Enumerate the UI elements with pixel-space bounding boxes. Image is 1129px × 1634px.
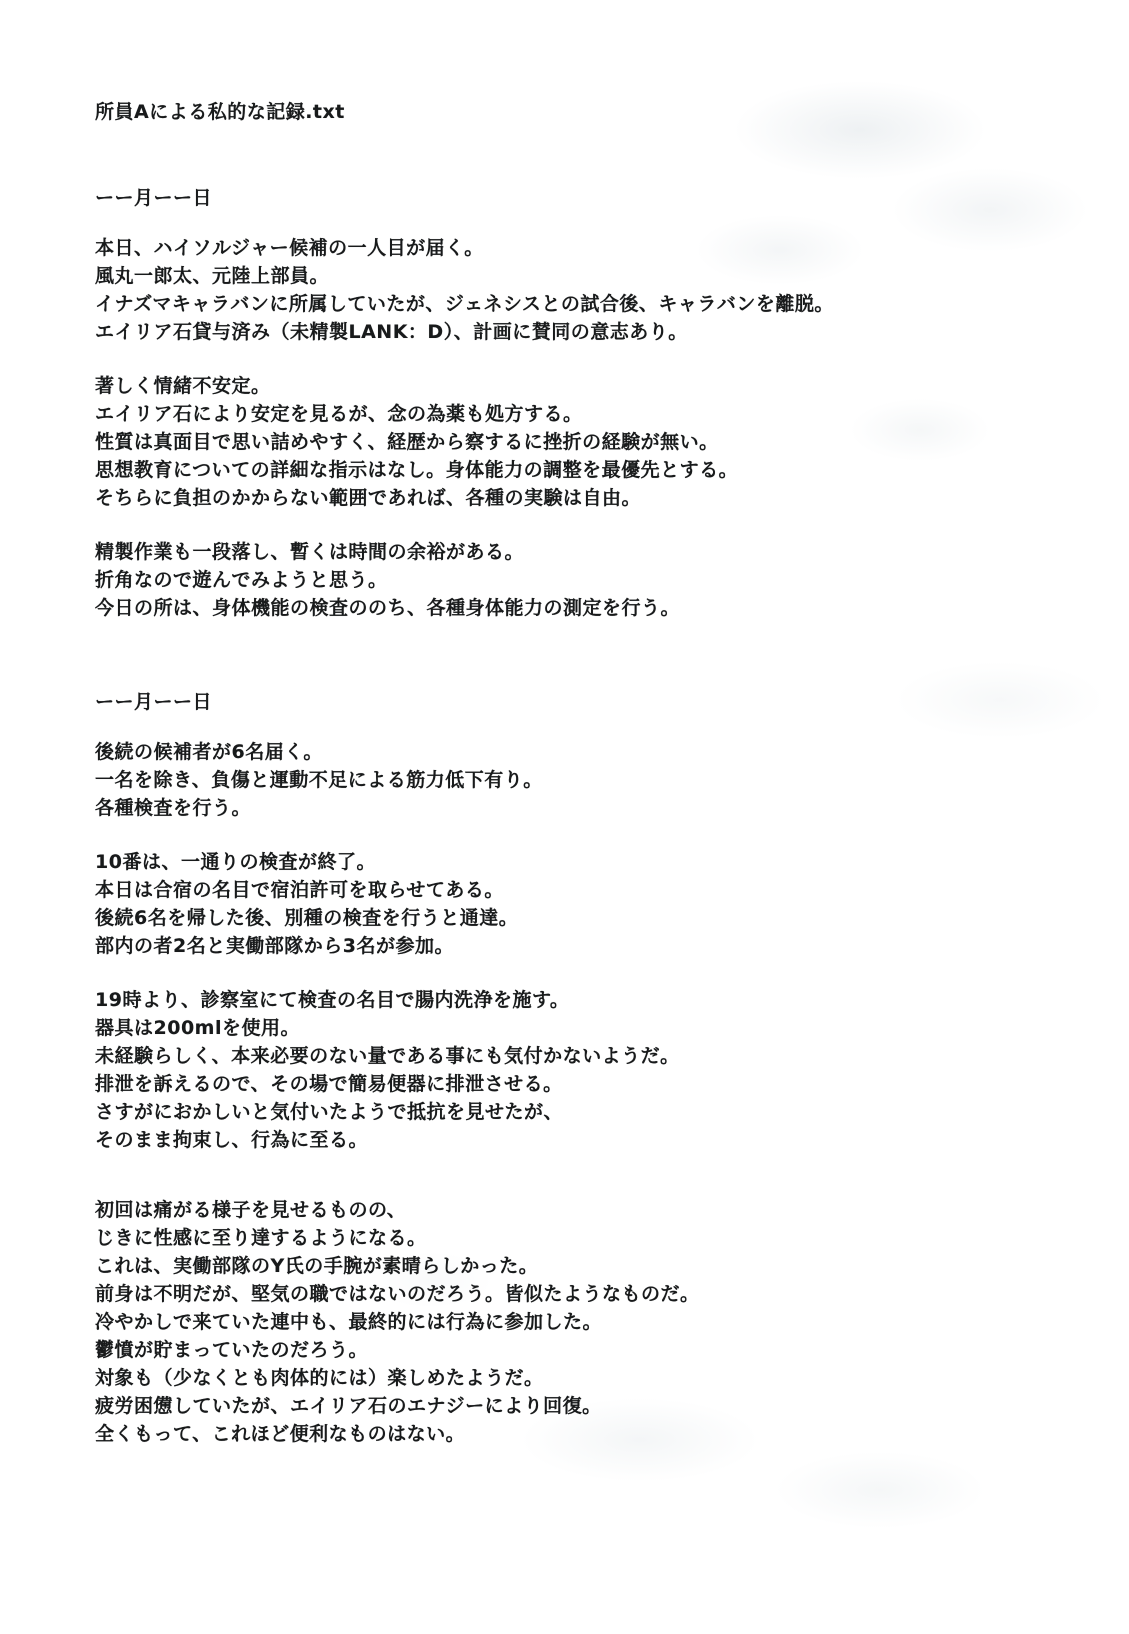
text-line: 後続の候補者が6名届く。 (95, 738, 1055, 766)
text-line: 今日の所は、身体機能の検査ののち、各種身体能力の測定を行う。 (95, 594, 1055, 622)
text-line: 未経験らしく、本来必要のない量である事にも気付かないようだ。 (95, 1042, 1055, 1070)
text-line: 思想教育についての詳細な指示はなし。身体能力の調整を最優先とする。 (95, 456, 1055, 484)
text-line: 各種検査を行う。 (95, 794, 1055, 822)
paragraph: 本日、ハイソルジャー候補の一人目が届く。風丸一郎太、元陸上部員。イナズマキャラバ… (95, 234, 1055, 346)
diary-entry: ーー月ーー日後続の候補者が6名届く。一名を除き、負傷と運動不足による筋力低下有り… (95, 688, 1055, 1448)
paragraph: 精製作業も一段落し、暫くは時間の余裕がある。折角なので遊んでみようと思う。今日の… (95, 538, 1055, 622)
text-line: 風丸一郎太、元陸上部員。 (95, 262, 1055, 290)
text-line: 精製作業も一段落し、暫くは時間の余裕がある。 (95, 538, 1055, 566)
text-line: 性質は真面目で思い詰めやすく、経歴から察するに挫折の経験が無い。 (95, 428, 1055, 456)
document-title: 所員Aによる私的な記録.txt (95, 98, 1055, 126)
text-line: エイリア石貸与済み（未精製LANK：D）、計画に賛同の意志あり。 (95, 318, 1055, 346)
paragraph: 19時より、診察室にて検査の名目で腸内洗浄を施す。器具は200mlを使用。未経験… (95, 986, 1055, 1154)
text-line: じきに性感に至り達するようになる。 (95, 1224, 1055, 1252)
text-line: これは、実働部隊のY氏の手腕が素晴らしかった。 (95, 1252, 1055, 1280)
text-line: そちらに負担のかからない範囲であれば、各種の実験は自由。 (95, 484, 1055, 512)
document-page: 所員Aによる私的な記録.txt ーー月ーー日本日、ハイソルジャー候補の一人目が届… (95, 98, 1055, 1474)
text-line: イナズマキャラバンに所属していたが、ジェネシスとの試合後、キャラバンを離脱。 (95, 290, 1055, 318)
text-line: 前身は不明だが、堅気の職ではないのだろう。皆似たようなものだ。 (95, 1280, 1055, 1308)
text-line: そのまま拘束し、行為に至る。 (95, 1126, 1055, 1154)
entry-date: ーー月ーー日 (95, 688, 1055, 716)
text-line: 19時より、診察室にて検査の名目で腸内洗浄を施す。 (95, 986, 1055, 1014)
paragraph: 10番は、一通りの検査が終了。本日は合宿の名目で宿泊許可を取らせてある。後続6名… (95, 848, 1055, 960)
text-line: エイリア石により安定を見るが、念の為薬も処方する。 (95, 400, 1055, 428)
text-line: さすがにおかしいと気付いたようで抵抗を見せたが、 (95, 1098, 1055, 1126)
text-line: 本日、ハイソルジャー候補の一人目が届く。 (95, 234, 1055, 262)
text-line: 部内の者2名と実働部隊から3名が参加。 (95, 932, 1055, 960)
text-line: 器具は200mlを使用。 (95, 1014, 1055, 1042)
document-body: ーー月ーー日本日、ハイソルジャー候補の一人目が届く。風丸一郎太、元陸上部員。イナ… (95, 184, 1055, 1448)
text-line: 初回は痛がる様子を見せるものの、 (95, 1196, 1055, 1224)
text-line: 対象も（少なくとも肉体的には）楽しめたようだ。 (95, 1364, 1055, 1392)
entry-date: ーー月ーー日 (95, 184, 1055, 212)
paragraph: 初回は痛がる様子を見せるものの、じきに性感に至り達するようになる。これは、実働部… (95, 1196, 1055, 1448)
text-line: 全くもって、これほど便利なものはない。 (95, 1420, 1055, 1448)
text-line: 疲労困憊していたが、エイリア石のエナジーにより回復。 (95, 1392, 1055, 1420)
text-line: 一名を除き、負傷と運動不足による筋力低下有り。 (95, 766, 1055, 794)
text-line: 本日は合宿の名目で宿泊許可を取らせてある。 (95, 876, 1055, 904)
text-line: 著しく情緒不安定。 (95, 372, 1055, 400)
text-line: 折角なので遊んでみようと思う。 (95, 566, 1055, 594)
text-line: 冷やかしで来ていた連中も、最終的には行為に参加した。 (95, 1308, 1055, 1336)
text-line: 10番は、一通りの検査が終了。 (95, 848, 1055, 876)
paragraph: 著しく情緒不安定。エイリア石により安定を見るが、念の為薬も処方する。性質は真面目… (95, 372, 1055, 512)
text-line: 後続6名を帰した後、別種の検査を行うと通達。 (95, 904, 1055, 932)
text-line: 鬱憤が貯まっていたのだろう。 (95, 1336, 1055, 1364)
paragraph: 後続の候補者が6名届く。一名を除き、負傷と運動不足による筋力低下有り。各種検査を… (95, 738, 1055, 822)
diary-entry: ーー月ーー日本日、ハイソルジャー候補の一人目が届く。風丸一郎太、元陸上部員。イナ… (95, 184, 1055, 622)
text-line: 排泄を訴えるので、その場で簡易便器に排泄させる。 (95, 1070, 1055, 1098)
